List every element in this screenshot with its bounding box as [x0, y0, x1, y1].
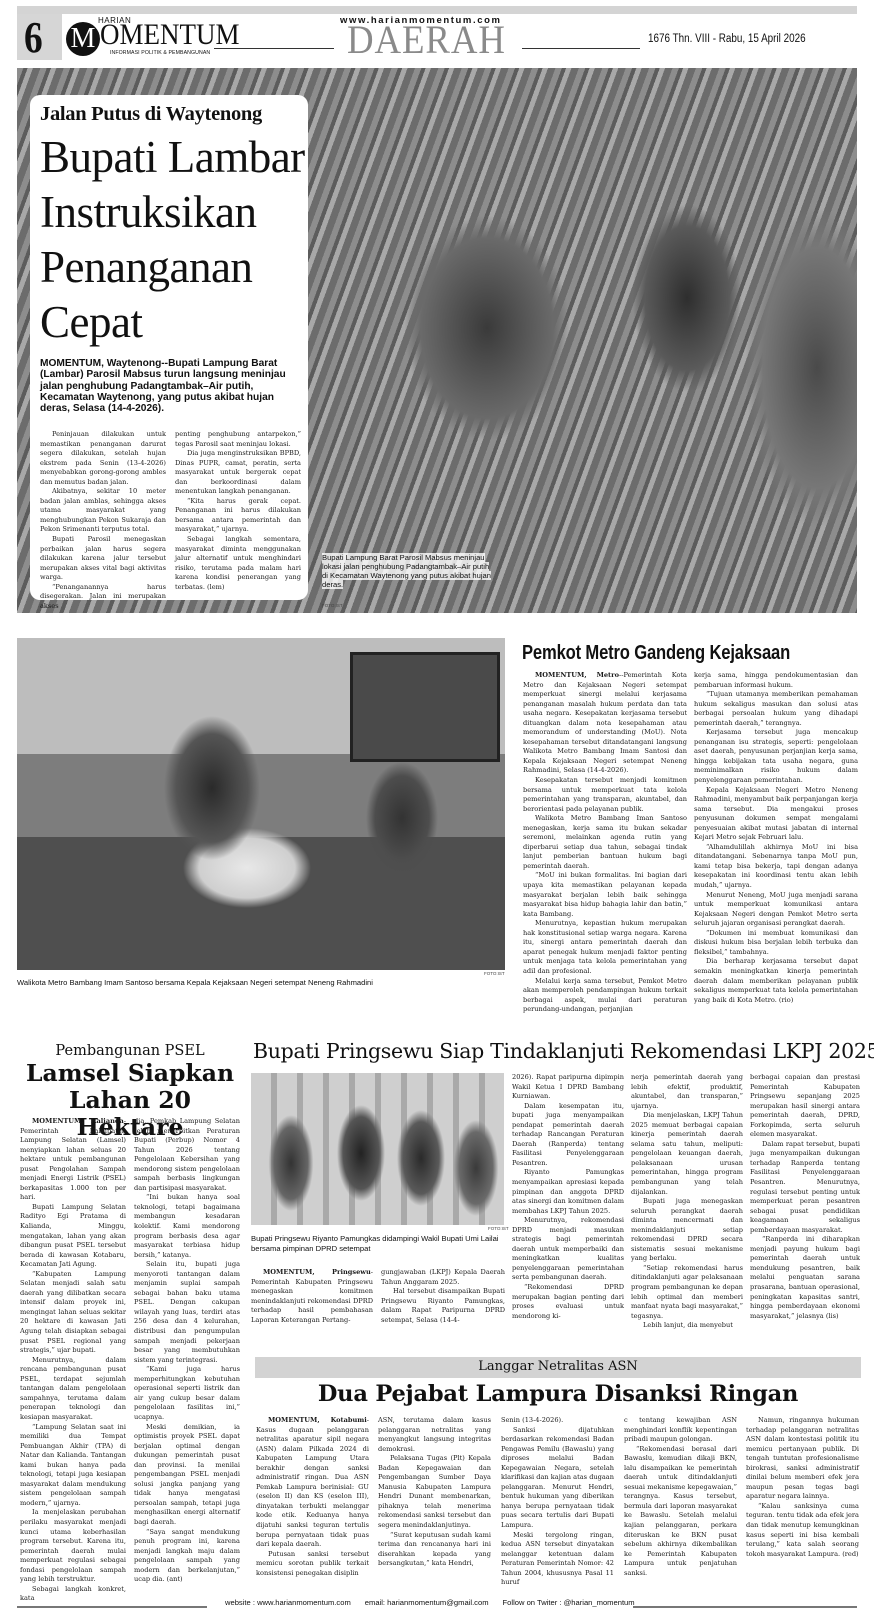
paragraph: “Alhamdulillah akhirnya MoU ini bisa dit… [694, 843, 858, 891]
article2-headline: Pemkot Metro Gandeng Kejaksaan [522, 642, 790, 665]
paragraph: Bupati Parosil menegaskan perbaikan jala… [40, 535, 166, 583]
article4-photo-credit: FOTO:IST [488, 1226, 509, 1231]
article4-column-4: berbagai capaian dan prestasi Pemerintah… [750, 1073, 860, 1321]
logo-wordmark: OMENTUM [100, 20, 240, 50]
article1-column-1: Peninjauan dilakukan untuk memastikan pe… [40, 430, 166, 611]
paragraph: Dalam kesempatan itu, bupati juga menyam… [512, 1102, 624, 1169]
footer-rule-right [633, 1606, 857, 1608]
article1-headline: Bupati Lambar Instruksikan Penanganan Ce… [40, 130, 305, 350]
paragraph: “MoU ini bukan formalitas. Ini bagian da… [523, 871, 687, 919]
paragraph: Meski demikian, ia optimistis proyek PSE… [134, 1423, 240, 1528]
paragraph: “Ranperda ini diharapkan menjadi payung … [750, 1235, 860, 1321]
paragraph: -Kasus dugaan pelanggaran netralitas apa… [256, 1416, 369, 1548]
page-number: 6 [24, 12, 43, 63]
paragraph: “Kami juga harus memperhitungkan kebutuh… [134, 1365, 240, 1422]
article4-headline: Bupati Pringsewu Siap Tindaklanjuti Reko… [253, 1039, 874, 1063]
paragraph: Bupati Lampung Selatan Radityo Egi Prata… [20, 1203, 126, 1270]
article5-headline: Dua Pejabat Lampura Disanksi Ringan [255, 1381, 861, 1407]
paragraph: “Kalau sanksinya cuma teguran. tentu tid… [746, 1502, 859, 1559]
dateline: MOMENTUM, Metro [535, 671, 619, 679]
footer-email: email: harianmomentum@gmail.com [365, 1598, 489, 1607]
paragraph: Kesepakatan tersebut menjadi komitmen be… [523, 776, 687, 814]
article3-column-2: dia, Pemkab Lampung Selatan telah menerb… [134, 1117, 240, 1585]
article3-kicker: Pembangunan PSEL [20, 1043, 240, 1059]
paragraph: Dia juga menginstruksikan BPBD, Dinas PU… [175, 449, 301, 497]
paragraph: Menurutnya, kepastian hukum merupakan ha… [523, 919, 687, 976]
paragraph: penting penghubung antarpekon,” tegas Pa… [175, 430, 301, 449]
article2-photo-credit: FOTO:IST [484, 971, 505, 976]
paragraph: dia, Pemkab Lampung Selatan telah menerb… [134, 1117, 240, 1193]
article4-photo-caption: Bupati Pringsewu Riyanto Pamungkas didam… [251, 1234, 507, 1254]
paragraph: -Pemerintah Kabupaten Lampung Selatan (L… [20, 1117, 126, 1201]
article2-photo-detail [350, 652, 500, 762]
dateline: MOMENTUM, Kotabumi [268, 1416, 367, 1424]
logo-tagline: INFORMASI POLITIK & PEMBANGUNAN [110, 50, 210, 56]
masthead-top-bar [17, 6, 857, 14]
footer-rule-left [17, 1606, 207, 1608]
dateline: MOMENTUM, Kalianda [32, 1117, 124, 1125]
paragraph: Dia menjelaskan, LKPJ Tahun 2025 memuat … [631, 1111, 743, 1197]
paragraph: “Rekomendasi DPRD merupakan bagian penti… [512, 1283, 624, 1321]
paragraph: gungjawaban (LKPJ) Kepala Daerah Tahun A… [381, 1268, 505, 1287]
paragraph: “Lampung Selatan saat ini memiliki dua T… [20, 1423, 126, 1509]
paragraph: Sebagai langkah konkret, kata [20, 1585, 126, 1604]
article4-photo [251, 1073, 504, 1225]
issue-date: 1676 Thn. VIII - Rabu, 15 April 2026 [648, 33, 806, 45]
paragraph: kerja sama, hingga pendokumentasian dan … [694, 671, 858, 690]
article5-column-1: MOMENTUM, Kotabumi-Kasus dugaan pelangga… [256, 1416, 369, 1578]
paragraph: Sanksi dijatuhkan berdasarkan rekomendas… [501, 1426, 614, 1531]
footer: website : www.harianmomentum.comemail: h… [225, 1598, 649, 1607]
article2-column-1: MOMENTUM, Metro--Pemerintah Kota Metro d… [523, 671, 687, 1015]
article5-column-3: Senin (13-4-2026). Sanksi dijatuhkan ber… [501, 1416, 614, 1588]
section-title: DAERAH [347, 19, 506, 61]
paragraph: Dalam rapat tersebut, bupati juga menyam… [750, 1140, 860, 1235]
article5-column-5: Namun, ringannya hukuman terhadap pelang… [746, 1416, 859, 1559]
paragraph: “Ini bukan hanya soal teknologi, tetapi … [134, 1193, 240, 1260]
paragraph: “Setiap rekomendasi harus ditindaklanjut… [631, 1264, 743, 1321]
paragraph: Kerjasama tersebut juga mencakup penanga… [694, 728, 858, 785]
paragraph: Putusan sanksi tersebut memicu sorotan p… [256, 1550, 369, 1579]
paragraph: Menurutnya, rekomendasi DPRD menjadi mas… [512, 1216, 624, 1283]
article4-column-2: 2026). Rapat paripurna dipimpin Wakil Ke… [512, 1073, 624, 1321]
article1-lead: MOMENTUM, Waytenong--Bupati Lampung Bara… [40, 358, 305, 414]
paragraph: Meski tergolong ringan, kedua ASN terseb… [501, 1531, 614, 1588]
paragraph: Kepala Kejaksaan Negeri Metro Neneng Rah… [694, 786, 858, 843]
paragraph: Walikota Metro Bambang Iman Santoso mene… [523, 814, 687, 871]
paragraph: --Pemerintah Kota Metro dan Kejaksaan Ne… [523, 671, 687, 774]
paragraph: “Kita harus gerak cepat. Penanganan ini … [175, 497, 301, 535]
paragraph: ASN, terutama dalam kasus pelanggaran ne… [378, 1416, 491, 1454]
paragraph: Riyanto Pamungkas menyampaikan apresiasi… [512, 1168, 624, 1216]
paragraph: “Rekomendasi berasal dari Bawaslu, kemud… [624, 1445, 737, 1579]
caption-text: Bupati Lampung Barat Parosil Mabsus meni… [322, 553, 491, 589]
article5-column-4: c tentang kewajiban ASN menghindari konf… [624, 1416, 737, 1578]
paragraph: Bupati juga menegaskan seluruh perangkat… [631, 1197, 743, 1264]
paragraph: Senin (13-4-2026). [501, 1416, 614, 1426]
masthead-rule-right [522, 48, 640, 49]
paragraph: Menurutnya, dalam rencana pembangunan pu… [20, 1356, 126, 1423]
paragraph: c tentang kewajiban ASN menghindari konf… [624, 1416, 737, 1445]
paragraph: Dia berharap kerjasama tersebut dapat se… [694, 957, 858, 1005]
footer-website: website : www.harianmomentum.com [225, 1598, 351, 1607]
paragraph: Hal tersebut disampaikan Bupati Pringsew… [381, 1287, 505, 1325]
masthead-rule-left [214, 48, 334, 49]
article4-column-b: gungjawaban (LKPJ) Kepala Daerah Tahun A… [381, 1268, 505, 1325]
paragraph: Melalui kerja sama tersebut, Pemkot Metr… [523, 977, 687, 1015]
paragraph: Ia menjelaskan perubahan perilaku masyar… [20, 1508, 126, 1584]
article4-column-3: nerja pemerintah daerah yang lebih efekt… [631, 1073, 743, 1331]
article1-photo-caption: Bupati Lampung Barat Parosil Mabsus meni… [322, 553, 492, 589]
paragraph: “Kabupaten Lampung Selatan menjadi salah… [20, 1270, 126, 1356]
paragraph: Peninjauan dilakukan untuk memastikan pe… [40, 430, 166, 487]
article1-photo-credit: FOTO:IST [322, 603, 343, 608]
paragraph: Akibatnya, sekitar 10 meter badan jalan … [40, 487, 166, 535]
paragraph: “Dokumen ini membuat komunikasi dan disk… [694, 929, 858, 958]
article1-kicker: Jalan Putus di Waytenong [40, 103, 262, 126]
paragraph: Selain itu, bupati juga menyoroti tantan… [134, 1260, 240, 1365]
paragraph: Menurut Neneng, MoU juga menjadi sarana … [694, 891, 858, 929]
paragraph: nerja pemerintah daerah yang lebih efekt… [631, 1073, 743, 1111]
paragraph: Sebagai langkah sementara, masyarakat di… [175, 535, 301, 592]
paragraph: Pelaksana Tugas (Plt) Kepala Badan Kepeg… [378, 1454, 491, 1530]
article3-column-1: MOMENTUM, Kalianda-Pemerintah Kabupaten … [20, 1117, 126, 1604]
paragraph: berbagai capaian dan prestasi Pemerintah… [750, 1073, 860, 1140]
paragraph: “Surat keputusan sudah kami terima dan r… [378, 1531, 491, 1569]
article5-column-2: ASN, terutama dalam kasus pelanggaran ne… [378, 1416, 491, 1569]
logo-m-icon: M [66, 22, 100, 56]
paragraph: “Tujuan utamanya memberikan pemahaman hu… [694, 690, 858, 728]
paragraph: Lebih lanjut, dia menyebut [631, 1321, 743, 1331]
article2-photo-caption: Walikota Metro Bambang Imam Santoso bers… [17, 978, 373, 987]
article4-column-a: MOMENTUM, Pringsewu-Pemerintah Kabupaten… [251, 1268, 373, 1325]
article2-column-2: kerja sama, hingga pendokumentasian dan … [694, 671, 858, 1005]
dateline: MOMENTUM, Pringsewu [263, 1268, 371, 1276]
paragraph: “Penanganannya harus disegerakan. Jalan … [40, 583, 166, 612]
footer-twitter: Follow on Twiter : @harian_momentum [503, 1598, 635, 1607]
paragraph: 2026). Rapat paripurna dipimpin Wakil Ke… [512, 1073, 624, 1102]
paragraph: Namun, ringannya hukuman terhadap pelang… [746, 1416, 859, 1502]
article5-kicker: Langgar Netralitas ASN [255, 1359, 861, 1374]
paragraph: “Saya sangat mendukung penuh program ini… [134, 1528, 240, 1585]
paragraph: -Pemerintah Kabupaten Pringsewu menegask… [251, 1268, 373, 1324]
article1-column-2: penting penghubung antarpekon,” tegas Pa… [175, 430, 301, 592]
